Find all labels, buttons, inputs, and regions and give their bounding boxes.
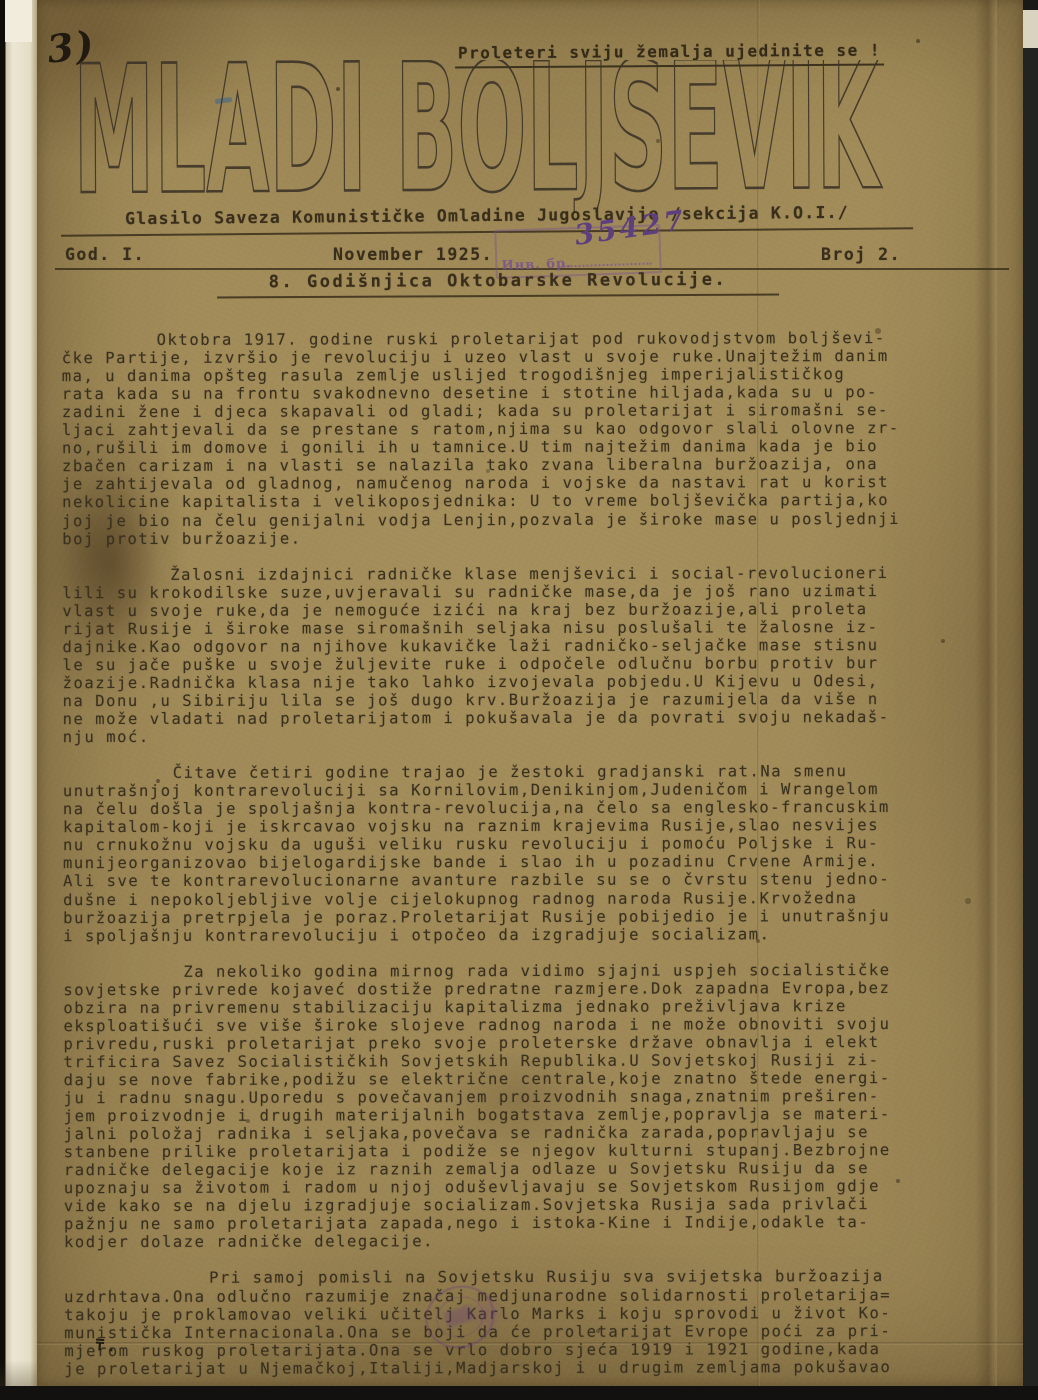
ink-specks [37,0,39,2]
article-paragraph: Pri samoj pomisli na Sovjetsku Rusiju sv… [64,1267,962,1378]
scan-right-edge [1021,0,1038,1400]
issue-year-label: God. I. [65,245,145,264]
masthead-title-lettering: MLADI BOLJŠEVIK [65,60,901,212]
article-paragraph: Za nekoliko godina mirnog rada vidimo sj… [63,961,962,1252]
issue-date: November 1925. [333,245,493,264]
article-heading: 8. Godišnjica Oktobarske Revolucije. [217,270,779,299]
scan-left-edge [0,0,37,1386]
issue-number: Broj 2. [821,245,901,264]
article-paragraph: Oktobra 1917. godine ruski proletarijat … [62,329,961,548]
inventory-stamp-dotted-line [563,262,651,267]
masthead-title-text: MLADI BOLJŠEVIK [73,60,883,212]
handwritten-bottom-mark: ₸. [94,1335,119,1356]
newspaper-page: 3) Proleteri sviju žemalja ujedinite se … [37,0,1023,1386]
document-scan: { "masthead": { "archive_number": "3)", … [0,0,1038,1400]
article-paragraph: Čitave četiri godine trajao je žestoki g… [63,762,961,945]
right-edge-crease [975,0,997,1386]
article-body: Oktobra 1917. godine ruski proletarijat … [62,311,963,1396]
article-paragraph: Žalosni izdajnici radničke klase menjšev… [62,563,960,746]
